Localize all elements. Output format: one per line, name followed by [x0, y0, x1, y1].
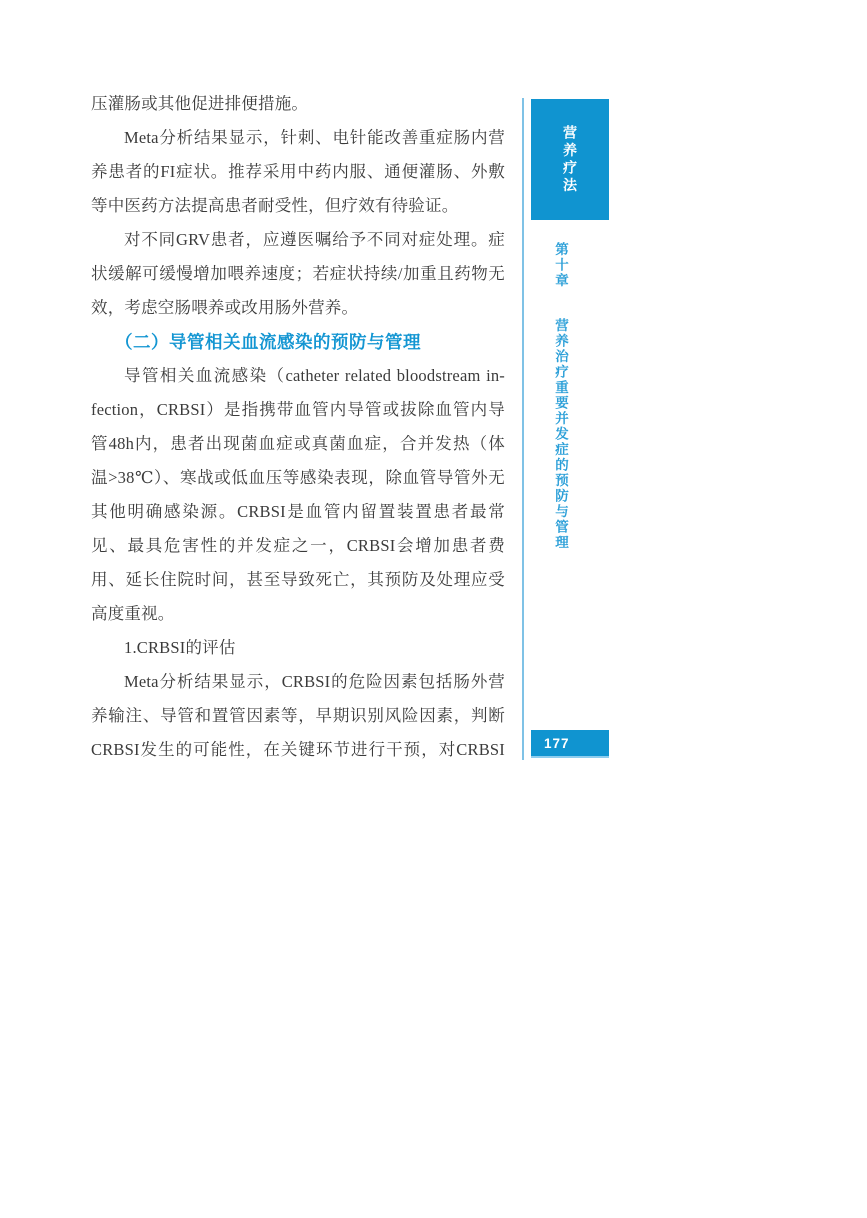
chapter-number: 第十章 [553, 242, 568, 289]
body-text-line: 养输注、导管和置管因素等，早期识别风险因素，判断 [91, 699, 505, 733]
body-text-line: fection，CRBSI）是指携带血管内导管或拔除血管内导 [91, 393, 505, 427]
body-text-line: 见、最具危害性的并发症之一，CRBSI会增加患者费 [91, 529, 505, 563]
body-text-line: 高度重视。 [91, 597, 505, 631]
body-text-line: 对不同GRV患者，应遵医嘱给予不同对症处理。症 [91, 223, 505, 257]
chapter-heading: 第十章 营养治疗重要并发症的预防与管理 [552, 242, 568, 550]
body-text-line: 导管相关血流感染（catheter related bloodstream in… [91, 359, 505, 393]
body-text-line: 其他明确感染源。CRBSI是血管内留置装置患者最常 [91, 495, 505, 529]
main-text-column: 压灌肠或其他促进排便措施。 Meta分析结果显示，针刺、电针能改善重症肠内营 养… [91, 87, 505, 767]
body-text-line: 效，考虑空肠喂养或改用肠外营养。 [91, 291, 505, 325]
body-text-line: 温>38℃）、寒战或低血压等感染表现，除血管导管外无 [91, 461, 505, 495]
book-page: 压灌肠或其他促进排便措施。 Meta分析结果显示，针刺、电针能改善重症肠内营 养… [0, 0, 867, 1218]
body-text-line: 压灌肠或其他促进排便措施。 [91, 87, 505, 121]
body-text-line: 等中医药方法提高患者耐受性，但疗效有待验证。 [91, 189, 505, 223]
section-heading: （二）导管相关血流感染的预防与管理 [91, 325, 505, 359]
body-text-line: Meta分析结果显示，针刺、电针能改善重症肠内营 [91, 121, 505, 155]
body-text-line: 管48h内，患者出现菌血症或真菌血症，合并发热（体 [91, 427, 505, 461]
chapter-title: 营养治疗重要并发症的预防与管理 [553, 318, 568, 551]
body-text-line: 养患者的FI症状。推荐采用中药内服、通便灌肠、外敷 [91, 155, 505, 189]
sidebar-vertical-rule [522, 98, 524, 760]
page-number: 177 [544, 736, 570, 751]
body-text-line: Meta分析结果显示，CRBSI的危险因素包括肠外营 [91, 665, 505, 699]
body-text-line: CRBSI发生的可能性，在关键环节进行干预，对CRBSI [91, 733, 505, 767]
section-tab-label: 营养疗法 [560, 125, 580, 195]
body-text-line: 用、延长住院时间，甚至导致死亡，其预防及处理应受 [91, 563, 505, 597]
page-number-badge: 177 [531, 730, 609, 758]
sub-heading: 1.CRBSI的评估 [91, 631, 505, 665]
body-text-line: 状缓解可缓慢增加喂养速度；若症状持续/加重且药物无 [91, 257, 505, 291]
section-tab: 营养疗法 [531, 99, 609, 220]
